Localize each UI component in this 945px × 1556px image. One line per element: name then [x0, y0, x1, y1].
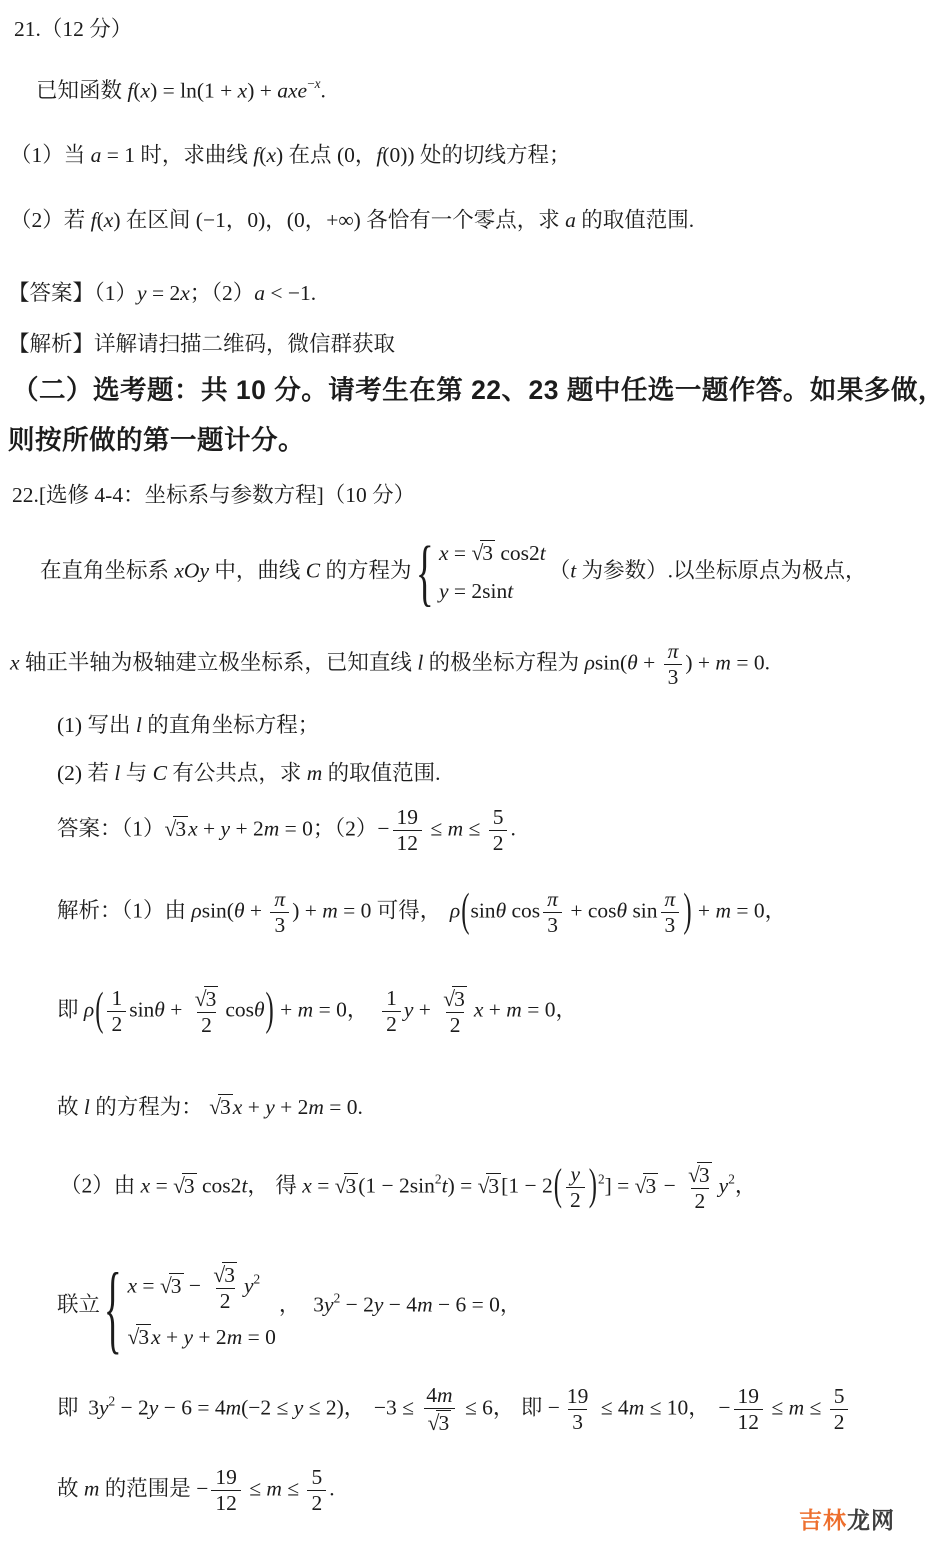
text-run: 解析：（1）由 [57, 899, 191, 923]
text-run: y [221, 817, 231, 841]
text-run: y [265, 1095, 275, 1119]
numerator: 19 [563, 1385, 593, 1409]
text-run: m [437, 1383, 453, 1407]
square-root: √3 [165, 817, 189, 841]
text-run: x [266, 143, 276, 167]
text-run: （1）当 [10, 143, 91, 167]
text-run: = 0 [522, 998, 556, 1022]
square-root: √3 [688, 1163, 712, 1187]
text-run: ≤ [804, 1396, 827, 1420]
text-run: = 1 [101, 143, 140, 167]
text-run: 的范围是 [99, 1477, 196, 1501]
fraction: 52 [489, 806, 508, 855]
radicand: 3 [222, 1262, 237, 1287]
text-run: 2 [493, 831, 504, 855]
radicand: 3 [486, 1173, 501, 1198]
text-run: ， [226, 208, 248, 232]
text-run: t [540, 541, 546, 565]
radicand: 3 [344, 1173, 359, 1198]
text-run: θ [154, 998, 165, 1022]
text-run: 的取值范围. [322, 761, 440, 785]
text-run: ≤ [244, 1477, 267, 1501]
text-run: 与 [120, 761, 152, 785]
text-run: 即 [57, 1396, 84, 1420]
text-run: = [150, 1174, 173, 1198]
fraction: 52 [307, 1466, 326, 1515]
text-run: ， [555, 998, 577, 1022]
text-run: 的极坐标方程为 [423, 651, 584, 675]
text-run: ， [344, 1396, 366, 1420]
text-run: 3 [138, 1325, 149, 1349]
text-run: 处的切线方程； [415, 143, 571, 167]
watermark-part1: 吉林 [799, 1507, 847, 1533]
text-run: ， [735, 1174, 757, 1198]
numerator: 5 [307, 1466, 326, 1490]
text-run: [1 − 2 [501, 1174, 553, 1198]
text-run: ρ [585, 651, 595, 675]
text-run: 2 [450, 1013, 461, 1037]
system-brace: { [415, 526, 433, 619]
numerator: 5 [489, 806, 508, 830]
denominator: 2 [691, 1188, 710, 1213]
text-run: 3 [547, 913, 558, 937]
text-run: 2 [570, 1188, 581, 1212]
text-run: 19 [397, 805, 419, 829]
denominator: 2 [830, 1409, 849, 1434]
text-run: cos2 [495, 541, 540, 565]
denominator: 2 [216, 1288, 235, 1313]
fraction: 1912 [211, 1466, 241, 1515]
system-row: √3x + y + 2m = 0 [128, 1324, 276, 1351]
text-run: +∞) [326, 208, 361, 232]
text-run: − [196, 1477, 208, 1501]
text-run: ( [97, 208, 104, 232]
text-run: + [245, 899, 268, 923]
text-run: y [137, 281, 147, 305]
text-run: ≤ 10 [644, 1396, 688, 1420]
fraction: 193 [563, 1385, 593, 1434]
text-run: y [184, 1325, 194, 1349]
text-run: + [165, 998, 188, 1022]
text-run: (−2 ≤ [241, 1396, 294, 1420]
text-run: 3 [438, 1411, 449, 1435]
numerator: 1 [107, 987, 126, 1011]
text-run: (0 [337, 143, 355, 167]
text-run: 3 [184, 1174, 195, 1198]
text-run: y [374, 1293, 384, 1317]
text-run: a [254, 281, 265, 305]
big-paren: ( [460, 883, 470, 942]
square-root: √3 [209, 1095, 233, 1119]
text-run: x [141, 78, 151, 102]
section-header-line2: 则按所做的第一题计分。 [8, 424, 305, 457]
text-run: (1 − 2sin [358, 1174, 435, 1198]
numerator: π [543, 888, 562, 912]
text-run: xOy [174, 558, 209, 582]
text-run: + [275, 998, 298, 1022]
text-run: ， [279, 1293, 301, 1317]
text-run: 12 [738, 1410, 760, 1434]
denominator: 3 [270, 912, 289, 937]
text-run: < −1. [265, 281, 316, 305]
text-run: (0)) [382, 143, 414, 167]
text-run: （ [549, 558, 571, 582]
superscript: −x [307, 76, 320, 91]
text-run: sin( [202, 899, 234, 923]
superscript: 2 [598, 1171, 605, 1186]
text-run: m [298, 998, 314, 1022]
text-run: + 2 [193, 1325, 227, 1349]
q21-number-line: 21.（12 分） [14, 16, 132, 43]
text-run: + 2 [275, 1095, 309, 1119]
text-run: = 0 [313, 998, 347, 1022]
text-run: 2 [220, 1289, 231, 1313]
q22-solution-line2: 即 ρ(12sinθ + √32cosθ) + m = 0，12y + √32x… [57, 986, 577, 1037]
text-run: m [789, 1396, 805, 1420]
q22-part1-question: (1) 写出 l 的直角坐标方程； [57, 712, 319, 739]
denominator: √3 [424, 1408, 456, 1435]
text-run: 2 [834, 1410, 845, 1434]
text-run: 3 [454, 987, 465, 1011]
square-root: √3 [195, 987, 219, 1011]
text-run: 已知函数 [36, 78, 127, 102]
fraction: 1912 [734, 1385, 764, 1434]
q22-solution-line5: 联立{x = √3 − √32y2√3x + y + 2m = 0，3y2 − … [57, 1262, 521, 1351]
text-run: 4 [426, 1383, 437, 1407]
text-run: 2 [598, 1171, 605, 1186]
fraction: √32 [191, 986, 223, 1037]
text-run: + 2 [230, 817, 264, 841]
text-run: ≤ [425, 817, 448, 841]
text-run: 的方程为： [90, 1095, 203, 1119]
square-root: √3 [335, 1174, 359, 1198]
text-run: sin( [595, 651, 627, 675]
text-run: 2 [111, 1012, 122, 1036]
text-run: axe [277, 78, 307, 102]
text-run: m [84, 1477, 100, 1501]
square-root: √3 [160, 1274, 184, 1298]
text-run: (0 [287, 208, 305, 232]
denominator: 12 [393, 830, 423, 855]
text-run: ) [113, 208, 120, 232]
text-run: ) = ln(1 + [150, 78, 238, 102]
text-run: 3 [482, 541, 493, 565]
text-run: ) + [247, 78, 277, 102]
fraction: 12 [107, 987, 126, 1036]
text-run: ， [355, 143, 377, 167]
text-run: C [306, 558, 320, 582]
q22-solution-line6: 即 3y2 − 2y − 6 = 4m(−2 ≤ y ≤ 2)，−3 ≤ 4m√… [57, 1384, 851, 1435]
big-paren: ( [553, 1160, 563, 1216]
numerator: π [661, 888, 680, 912]
q22-part2-question: (2) 若 l 与 C 有公共点，求 m 的取值范围. [57, 760, 441, 787]
text-run: 2 [695, 1189, 706, 1213]
square-root: √3 [173, 1174, 197, 1198]
text-run: π [274, 887, 285, 911]
text-run: + [242, 1095, 265, 1119]
text-run: 联立 [57, 1293, 100, 1317]
text-run: （12 分） [41, 17, 132, 41]
text-run: 中，曲线 [209, 558, 306, 582]
text-run: 19 [215, 1465, 237, 1489]
radicand: 3 [173, 816, 188, 841]
q21-analysis-line: 【解析】详解请扫描二维码，微信群获取 [8, 331, 395, 358]
text-run: 3 [668, 665, 679, 689]
text-run: ， [688, 1396, 710, 1420]
text-run: = 0 [242, 1325, 276, 1349]
big-paren: ) [588, 1160, 598, 1216]
text-run: ≤ 4 [595, 1396, 628, 1420]
text-run: 即 [57, 998, 84, 1022]
text-run: 12 [397, 831, 419, 855]
text-run: y [404, 998, 414, 1022]
text-run: y [244, 1274, 254, 1298]
numerator: 19 [734, 1385, 764, 1409]
text-run: 19 [567, 1384, 589, 1408]
text-run: ≤ [766, 1396, 789, 1420]
text-run: θ [496, 899, 507, 923]
text-run: 得 [275, 1174, 302, 1198]
square-root: √3 [428, 1411, 452, 1435]
big-paren: ) [265, 982, 275, 1041]
fraction: π3 [664, 640, 683, 689]
fraction: y2 [566, 1163, 585, 1212]
numerator: 1 [382, 987, 401, 1011]
denominator: 3 [543, 912, 562, 937]
fraction: 1912 [393, 806, 423, 855]
numerator: π [270, 888, 289, 912]
radicand: 3 [169, 1273, 184, 1298]
text-run: 2 [728, 1171, 735, 1186]
numerator: y [567, 1163, 585, 1187]
text-run: − 6 = 0 [433, 1293, 500, 1317]
text-run: x [238, 78, 248, 102]
text-run: + [161, 1325, 184, 1349]
radicand: 3 [480, 540, 495, 565]
text-run: 的取值范围. [576, 208, 694, 232]
text-run: = 0 [731, 899, 765, 923]
text-run: 1 [111, 986, 122, 1010]
text-run: 【答案】（1） [8, 281, 137, 305]
text-run: m [417, 1293, 433, 1317]
text-run: 3 [488, 1174, 499, 1198]
text-run: 3 [274, 913, 285, 937]
text-run: m [264, 817, 280, 841]
radicand: 3 [204, 986, 219, 1011]
fraction: π3 [661, 888, 680, 937]
text-run: 19 [738, 1384, 760, 1408]
text-run: m [448, 817, 464, 841]
text-run: 3 [224, 1263, 235, 1287]
text-run: sin [129, 998, 154, 1022]
denominator: 2 [489, 830, 508, 855]
text-run: − 2 [115, 1396, 149, 1420]
text-run: m [629, 1396, 645, 1420]
q21-part2-question: （2）若 f(x) 在区间 (−1，0)，(0，+∞) 各恰有一个零点，求 a … [10, 207, 694, 234]
text-run: x [302, 1174, 312, 1198]
text-run: = [137, 1274, 160, 1298]
text-run: θ [254, 998, 265, 1022]
superscript: 2 [254, 1271, 261, 1286]
text-run: t [507, 579, 513, 603]
text-run: 22.[ [12, 483, 46, 507]
text-run: + [413, 998, 436, 1022]
text-run: 2 [311, 1491, 322, 1515]
system-row: y = 2sint [439, 578, 546, 605]
square-root: √3 [128, 1325, 152, 1349]
text-run: x [180, 281, 190, 305]
text-run: − 6 = 4 [158, 1396, 225, 1420]
text-run: − [307, 76, 315, 91]
numerator: √3 [439, 986, 471, 1012]
fraction: 52 [830, 1385, 849, 1434]
text-run: x [233, 1095, 243, 1119]
square-root: √3 [213, 1263, 237, 1287]
text-run: (2) [57, 761, 87, 785]
text-run: − [718, 1396, 730, 1420]
text-run: ≤ [463, 817, 486, 841]
text-run: = [312, 1174, 335, 1198]
denominator: 3 [661, 912, 680, 937]
denominator: 2 [382, 1011, 401, 1036]
text-run: ， [247, 1174, 269, 1198]
system-rows: x = √3 − √32y2√3x + y + 2m = 0 [128, 1262, 276, 1351]
text-run: y [324, 1293, 334, 1317]
text-run: 3 [206, 987, 217, 1011]
text-run: m [307, 761, 323, 785]
text-run: 12 [215, 1491, 237, 1515]
text-run: 在区间 [121, 208, 196, 232]
text-run: a [565, 208, 576, 232]
radicand: 3 [643, 1173, 658, 1198]
text-run: sin [470, 899, 495, 923]
fraction: 4m√3 [422, 1384, 456, 1435]
text-run: θ [627, 651, 638, 675]
text-run: − 4 [383, 1293, 417, 1317]
system-row: x = √3 cos2t [439, 540, 546, 567]
text-run: ] = [605, 1174, 635, 1198]
q22-answer-line: 答案：（1）√3x + y + 2m = 0；（2）−1912 ≤ m ≤ 52… [57, 806, 516, 855]
text-run: 为参数）.以坐标原点为极点， [576, 558, 866, 582]
denominator: 2 [566, 1187, 585, 1212]
text-run: 若 [87, 761, 114, 785]
text-run: 0) [247, 208, 265, 232]
text-run: m [308, 1095, 324, 1119]
numerator: √3 [191, 986, 223, 1012]
text-run: y [439, 579, 449, 603]
denominator: 2 [446, 1012, 465, 1037]
q21-part1-question: （1）当 a = 1 时，求曲线 f(x) 在点 (0，f(0)) 处的切线方程… [10, 142, 570, 169]
square-root: √3 [635, 1174, 659, 1198]
radicand: 3 [436, 1410, 451, 1435]
radicand: 3 [452, 986, 467, 1011]
text-run: π [665, 887, 676, 911]
text-run: 21. [14, 17, 41, 41]
text-run: m [266, 1477, 282, 1501]
radicand: 3 [136, 1324, 151, 1349]
text-run: ρ [450, 899, 460, 923]
denominator: 12 [211, 1490, 241, 1515]
text-run: = 2sin [449, 579, 508, 603]
text-run: 3 [313, 1293, 324, 1317]
text-run: (1) [57, 713, 87, 737]
numerator: 19 [211, 1466, 241, 1490]
equation-system: {x = √3 − √32y2√3x + y + 2m = 0 [103, 1262, 276, 1351]
text-run: cos [506, 899, 540, 923]
fraction: π3 [543, 888, 562, 937]
text-run: x [10, 651, 20, 675]
text-run: x [439, 541, 449, 565]
watermark: 吉林龙网 [799, 1502, 895, 1535]
text-run: m [715, 651, 731, 675]
numerator: π [664, 640, 683, 664]
text-run: + [483, 998, 506, 1022]
q22-statement-line2: x 轴正半轴为极轴建立极坐标系，已知直线 l 的极坐标方程为 ρsin(θ + … [10, 640, 770, 689]
text-run: x [104, 208, 114, 232]
denominator: 2 [307, 1490, 326, 1515]
text-run: m [227, 1325, 243, 1349]
fraction: π3 [270, 888, 289, 937]
text-run: 2 [435, 1171, 442, 1186]
denominator: 12 [734, 1409, 764, 1434]
text-run: ) + [685, 651, 715, 675]
text-run: 3 [88, 1396, 99, 1420]
text-run: ≤ 2) [303, 1396, 343, 1420]
text-run: ) + [292, 899, 322, 923]
text-run: （二）选考题：共 10 分。请考生在第 22、23 题中任选一题作答。如果多做， [12, 375, 945, 405]
text-run: = 0 [279, 817, 313, 841]
text-run: 3 [572, 1410, 583, 1434]
text-run: 写出 [87, 713, 135, 737]
text-run: a [91, 143, 102, 167]
text-run: (−1 [196, 208, 226, 232]
text-run: = 2 [147, 281, 181, 305]
text-run: ， [765, 899, 787, 923]
text-run: ( [133, 78, 140, 102]
text-run: （2）若 [10, 208, 91, 232]
text-run: 3 [645, 1174, 656, 1198]
text-run: 各恰有一个零点，求 [361, 208, 565, 232]
text-run: y [719, 1174, 729, 1198]
radicand: 3 [697, 1162, 712, 1187]
text-run: − [377, 817, 389, 841]
denominator: 2 [107, 1011, 126, 1036]
q22-solution-line3: 故 l 的方程为：√3x + y + 2m = 0. [57, 1094, 363, 1121]
q21-answer-line: 【答案】（1）y = 2x；（2）a < −1. [8, 280, 316, 307]
text-run: ≤ 6 [460, 1396, 493, 1420]
superscript: 2 [728, 1171, 735, 1186]
system-rows: x = √3 cos2ty = 2sint [439, 540, 546, 605]
text-run: 可得， [377, 899, 442, 923]
text-run: m [715, 899, 731, 923]
superscript: 2 [435, 1171, 442, 1186]
text-run: m [506, 998, 522, 1022]
text-run: 在直角坐标系 [40, 558, 174, 582]
text-run: + [693, 899, 716, 923]
numerator: 4m [422, 1384, 456, 1408]
text-run: 即 [521, 1396, 548, 1420]
q22-statement-line1: 在直角坐标系 xOy 中，曲线 C 的方程为{x = √3 cos2ty = 2… [40, 540, 867, 605]
text-run: . [321, 78, 326, 102]
text-run: = 0 [338, 899, 377, 923]
text-run: − 2 [340, 1293, 374, 1317]
text-run: 5 [311, 1465, 322, 1489]
text-run: ；（2） [313, 817, 378, 841]
q22-title-line: 22.[选修 4-4：坐标系与参数方程]（10 分） [12, 482, 415, 509]
radicand: 3 [218, 1094, 233, 1119]
text-run: 2 [201, 1013, 212, 1037]
text-run: x [141, 1174, 151, 1198]
